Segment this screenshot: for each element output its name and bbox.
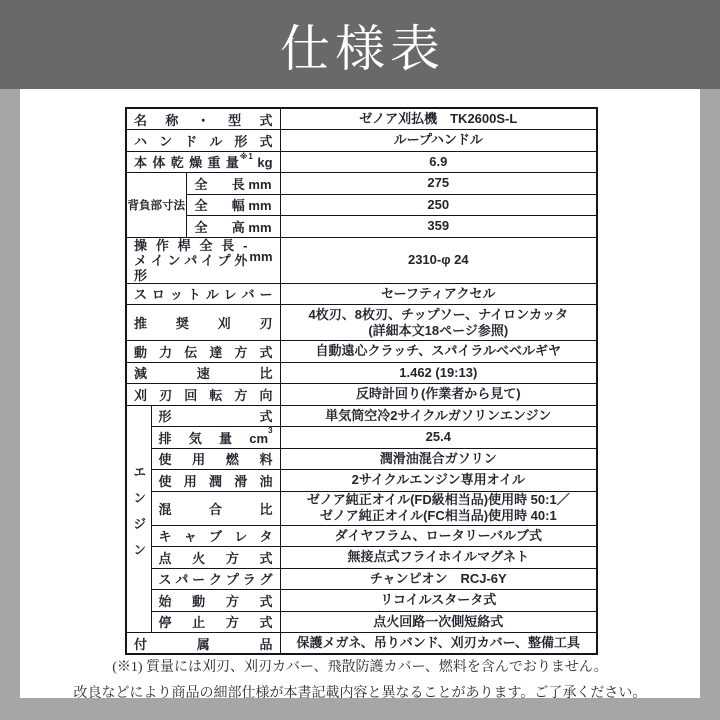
row-value: チャンピオン RCJ-6Y [280,568,597,590]
spec-row-displacement: 排 気 量 cm3 25.4 [126,427,597,449]
spec-row-accessories: 付 属 品 保護メガネ、吊りバンド、刈刃カバー、整備工具 [126,633,597,655]
row-value: リコイルスタータ式 [280,590,597,612]
spec-row-starter: 始 動 方 式 リコイルスタータ式 [126,590,597,612]
row-label: 形 式 [152,406,280,425]
dims-group-cell: 背負部寸法 [126,173,186,238]
row-value: 25.4 [280,427,597,449]
footnote-marker: ※1 [240,152,253,161]
row-value: ループハンドル [280,130,597,152]
row-value: 2サイクルエンジン専用オイル [280,470,597,492]
footnote-1: (※1) 質量には刈刃、刈刃カバー、飛散防護カバー、燃料を含んでおりません。 [20,656,700,676]
row-label: 停 止 方 式 [152,612,280,631]
row-value: ダイヤフラム、ロータリーバルブ式 [280,525,597,547]
row-label: ス ロ ッ ト ル レ バ ー [127,284,280,303]
dims-group-label: 背負部寸法 [127,197,186,213]
spec-row-blade: 推 奨 刈 刃 4枚刃、8枚刃、チップソー、ナイロンカッタ (詳細本文18ページ… [126,305,597,341]
row-value: 反時計回り(作業者から見て) [280,384,597,406]
row-label: 動 力 伝 達 方 式 [127,342,280,361]
row-label: 使 用 燃 料 [152,449,280,468]
spec-row-dim-width: 全幅 mm 250 [126,194,597,216]
engine-group-cell: エンジン [126,405,151,633]
row-value: 4枚刃、8枚刃、チップソー、ナイロンカッタ (詳細本文18ページ参照) [280,305,597,341]
row-label: キ ャ ブ レ タ [152,526,280,545]
row-value: 単気筒空冷2サイクルガソリンエンジン [280,405,597,427]
spec-row-engine-type: エンジン 形 式 単気筒空冷2サイクルガソリンエンジン [126,405,597,427]
row-label: 使 用 潤 滑 油 [152,471,280,490]
spec-row-dim-length: 背負部寸法 全長 mm 275 [126,173,597,195]
spec-table: 名 称 ・ 型 式 ゼノア刈払機 TK2600S-L ハ ン ド ル 形 式 ル… [125,107,598,655]
row-value: 359 [280,216,597,238]
row-label: 刈 刃 回 転 方 向 [127,385,280,404]
spec-row-handle: ハ ン ド ル 形 式 ループハンドル [126,130,597,152]
content-panel: 名 称 ・ 型 式 ゼノア刈払機 TK2600S-L ハ ン ド ル 形 式 ル… [20,89,700,698]
row-label: 排 気 量 cm3 [152,428,280,447]
spec-row-dim-height: 全高 mm 359 [126,216,597,238]
spec-row-reduction: 減 速 比 1.462 (19:13) [126,362,597,384]
spec-row-stop: 停 止 方 式 点火回路一次側短絡式 [126,611,597,633]
spec-row-rotation: 刈 刃 回 転 方 向 反時計回り(作業者から見て) [126,384,597,406]
row-value: 1.462 (19:13) [280,362,597,384]
unit-label: mm [249,249,272,264]
row-value: ゼノア純正オイル(FD級相当品)使用時 50:1／ ゼノア純正オイル(FC相当品… [280,491,597,525]
row-label: 全長 mm [187,174,280,193]
row-label: 推 奨 刈 刃 [127,313,280,332]
spec-row-drive: 動 力 伝 達 方 式 自動遠心クラッチ、スパイラルベベルギヤ [126,341,597,363]
spec-row-throttle: ス ロ ッ ト ル レ バ ー セーフティアクセル [126,283,597,305]
spec-row-spark-plug: ス パ ー ク プ ラ グ チャンピオン RCJ-6Y [126,568,597,590]
row-value: 275 [280,173,597,195]
page-title: 仕様表 [275,9,445,81]
row-label: 減 速 比 [127,363,280,382]
row-label: 操 作 桿 全 長 - メ イ ン パ イ プ 外 形 mm [127,238,280,283]
unit-label: cm3 [249,431,272,446]
row-label: 付 属 品 [127,634,280,653]
row-value: 点火回路一次側短絡式 [280,611,597,633]
spec-row-carburetor: キ ャ ブ レ タ ダイヤフラム、ロータリーバルブ式 [126,525,597,547]
spec-row-shaft: 操 作 桿 全 長 - メ イ ン パ イ プ 外 形 mm 2310-φ 24 [126,237,597,283]
row-label: 混 合 比 [152,499,280,518]
row-value: 2310-φ 24 [280,237,597,283]
row-value: 自動遠心クラッチ、スパイラルベベルギヤ [280,341,597,363]
spec-row-mix-ratio: 混 合 比 ゼノア純正オイル(FD級相当品)使用時 50:1／ ゼノア純正オイル… [126,491,597,525]
row-value: 無接点式フライホイルマグネト [280,547,597,569]
row-value: 保護メガネ、吊りバンド、刈刃カバー、整備工具 [280,633,597,655]
footnote-2: 改良などにより商品の細部仕様が本書記載内容と異なることがあります。ご了承ください… [20,682,700,702]
title-bar: 仕様表 [0,0,720,89]
unit-label: mm [248,177,271,192]
spec-row-name-model: 名 称 ・ 型 式 ゼノア刈払機 TK2600S-L [126,108,597,130]
row-label: 名 称 ・ 型 式 [127,110,280,129]
unit-label: mm [248,198,271,213]
row-label: 本 体 乾 燥 重 量※1 kg [127,152,280,171]
row-value: 潤滑油混合ガソリン [280,448,597,470]
row-label: ハ ン ド ル 形 式 [127,131,280,150]
row-label: 点 火 方 式 [152,548,280,567]
spec-row-weight: 本 体 乾 燥 重 量※1 kg 6.9 [126,151,597,173]
spec-row-ignition: 点 火 方 式 無接点式フライホイルマグネト [126,547,597,569]
row-value: 250 [280,194,597,216]
spec-row-lubricant: 使 用 潤 滑 油 2サイクルエンジン専用オイル [126,470,597,492]
engine-group-label: エンジン [129,465,148,569]
unit-label: mm [248,220,271,235]
row-label: 全幅 mm [187,195,280,214]
spec-row-fuel: 使 用 燃 料 潤滑油混合ガソリン [126,448,597,470]
row-value: 6.9 [280,151,597,173]
row-label: ス パ ー ク プ ラ グ [152,569,280,588]
row-label: 全高 mm [187,217,280,236]
row-label: 始 動 方 式 [152,591,280,610]
unit-label: kg [257,155,272,170]
row-value: ゼノア刈払機 TK2600S-L [280,108,597,130]
row-value: セーフティアクセル [280,283,597,305]
